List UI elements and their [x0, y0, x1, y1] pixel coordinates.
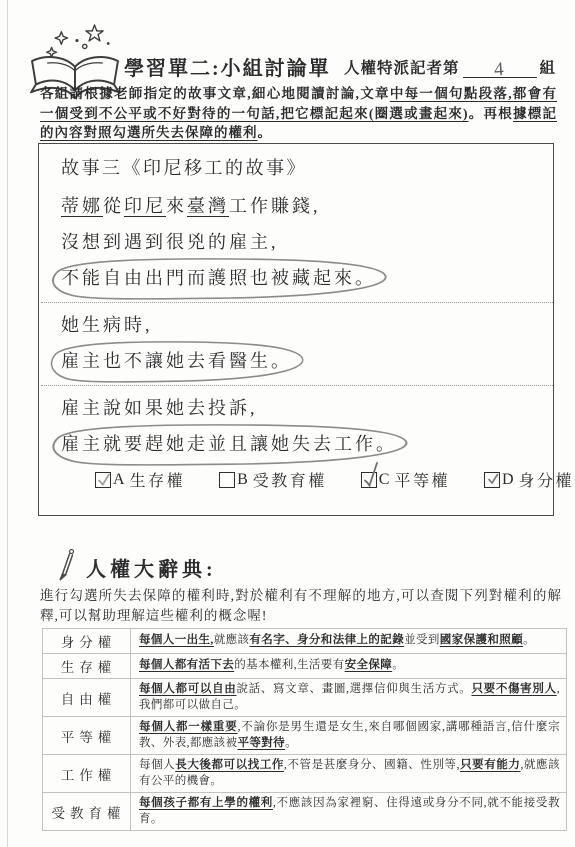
story-sentence: 雇主說如果她去投訴,	[61, 396, 537, 420]
definition-segment: 的基本權利,生活要有	[234, 659, 344, 671]
right-option-A[interactable]: A生存權	[95, 468, 185, 491]
definition-segment: 每個人一出生,	[139, 634, 214, 646]
checkbox-checked[interactable]	[95, 472, 111, 488]
definition-segment: 。	[392, 659, 404, 671]
text-segment: 雇主說如果她去投訴,	[61, 398, 258, 418]
story-box: 故事三《印尼移工的故事》蒂娜從印尼來臺灣工作賺錢,沒想到遇到很兇的雇主,不能自由…	[38, 143, 554, 516]
dictionary-row: 身分權每個人一出生,就應該有名字、身分和法律上的記錄並受到國家保護和照顧。	[43, 629, 567, 654]
definition-segment: 每個人	[139, 759, 175, 771]
sentence-text: 沒想到遇到很兇的雇主,	[61, 230, 279, 254]
story-sentence: 雇主也不讓她去看醫生。	[61, 349, 537, 373]
right-definition: 每個人長大後都可以找工作,不管是甚麼身分、國籍、性別等,只要有能力,就應該有公平…	[131, 755, 567, 793]
definition-segment: 並受到	[404, 634, 440, 646]
instruction-segment: 。再根	[469, 106, 513, 121]
story-title: 故事三《印尼移工的故事》	[61, 156, 537, 180]
pencil-check-icon	[96, 472, 112, 488]
story-sentence: 雇主就要趕她走並且讓她失去工作。	[61, 432, 537, 456]
text-segment: 故事三《印尼移工的故事》	[61, 158, 307, 178]
definition-segment: 平等對待	[237, 737, 285, 749]
definition-segment: 就應該	[214, 634, 250, 646]
dictionary-row: 平等權每個人都一樣重要,不論你是男生還是女生,來自哪個國家,講哪種語言,信什麼宗…	[43, 717, 567, 755]
text-segment: 工作賺錢,	[229, 196, 321, 216]
dictionary-row: 生存權每個人都有活下去的基本權利,生活要有安全保障。	[43, 654, 567, 679]
instruction-segment: 各組請根據老師指定的故事文章,細心地閱讀討論,文章	[40, 86, 390, 101]
group-field: 人權特派記者第4組	[344, 56, 556, 78]
proper-noun-underlined: 臺灣	[187, 196, 229, 216]
text-segment: 不能自由出門而護照也被藏起來。	[61, 268, 376, 288]
proper-noun-underlined: 印尼	[124, 196, 166, 216]
option-letter: C	[379, 471, 390, 489]
sentence-text: 她生病時,	[61, 313, 153, 337]
right-definition: 每個孩子都有上學的權利,不應該因為家裡窮、住得遠或身分不同,就不能接受教育。	[131, 793, 567, 831]
definition-segment: ,不管是甚麼身分、國籍、性別等,	[284, 759, 460, 771]
text-segment: 從	[103, 196, 124, 216]
group-number-handwritten: 4	[494, 59, 506, 82]
right-term: 工作權	[43, 755, 131, 793]
option-label: 身分權	[519, 468, 575, 491]
right-option-C[interactable]: C平等權	[361, 468, 450, 491]
dictionary-header: 人權大辭典:	[56, 548, 217, 582]
right-definition: 每個人都一樣重要,不論你是男生還是女生,來自哪個國家,講哪種語言,信什麼宗教、外…	[131, 717, 567, 755]
option-letter: A	[113, 471, 125, 489]
right-option-D[interactable]: D身分權	[484, 468, 574, 491]
group-label-suffix: 組	[540, 60, 557, 77]
option-label: 平等權	[394, 468, 450, 491]
text-segment: 雇主就要趕她走並且讓她失去工作。	[61, 434, 397, 454]
checkbox-checked[interactable]	[361, 472, 377, 488]
definition-segment: 每個人都可以自由	[139, 683, 236, 695]
right-term: 身分權	[43, 629, 131, 654]
text-segment: 雇主也不讓她去看醫生。	[61, 351, 292, 371]
instruction-segment: 。	[258, 125, 273, 140]
dictionary-table: 身分權每個人一出生,就應該有名字、身分和法律上的記錄並受到國家保護和照顧。生存權…	[42, 628, 567, 831]
definition-segment: 長大後都可以找工作	[175, 759, 284, 771]
scan-edge-artifact	[7, 0, 8, 847]
dictionary-row: 自由權每個人都可以自由說話、寫文章、畫圖,選擇信仰與生活方式。只要不傷害別人,我…	[43, 679, 567, 717]
rights-checkbox-row: A生存權B受教育權C平等權D身分權	[95, 468, 537, 491]
right-option-B[interactable]: B受教育權	[219, 468, 327, 491]
definition-segment: 每個孩子都有上學的權利	[139, 797, 273, 809]
definition-segment: 安全保障	[345, 659, 393, 671]
dictionary-row: 受教育權每個孩子都有上學的權利,不應該因為家裡窮、住得遠或身分不同,就不能接受教…	[43, 793, 567, 831]
definition-segment: 每個人都有活下去	[139, 659, 234, 671]
dictionary-row: 工作權每個人長大後都可以找工作,不管是甚麼身分、國籍、性別等,只要有能力,就應該…	[43, 755, 567, 793]
definition-segment: 只要不傷害別人	[471, 683, 556, 695]
definition-segment: 只要有能力	[460, 759, 521, 771]
group-label-prefix: 人權特派記者第	[344, 60, 460, 77]
sentence-text: 故事三《印尼移工的故事》	[61, 156, 307, 180]
dictionary-table-body: 身分權每個人一出生,就應該有名字、身分和法律上的記錄並受到國家保護和照顧。生存權…	[43, 629, 567, 831]
option-label: 受教育權	[253, 468, 327, 491]
sentence-text: 雇主說如果她去投訴,	[61, 396, 258, 420]
right-definition: 每個人都有活下去的基本權利,生活要有安全保障。	[131, 654, 567, 679]
definition-segment: 說話、寫文章、畫圖,選擇信仰與生活方式。	[236, 683, 471, 695]
group-number-blank[interactable]: 4	[463, 57, 537, 78]
checkbox-unchecked[interactable]	[219, 472, 235, 488]
dotted-separator	[41, 385, 553, 386]
option-letter: B	[237, 471, 248, 489]
story-sentence: 沒想到遇到很兇的雇主,	[61, 230, 537, 254]
sentence-text: 蒂娜從印尼來臺灣工作賺錢,	[61, 194, 321, 218]
pencil-check-icon	[362, 461, 380, 489]
text-segment: 她生病時,	[61, 315, 153, 335]
sentence-text: 雇主也不讓她去看醫生。	[61, 349, 292, 373]
right-term: 平等權	[43, 717, 131, 755]
right-term: 生存權	[43, 654, 131, 679]
right-definition: 每個人都可以自由說話、寫文章、畫圖,選擇信仰與生活方式。只要不傷害別人,我們都可…	[131, 679, 567, 717]
worksheet-page: { "header": { "icon": "open-book-with-st…	[0, 0, 575, 847]
proper-noun-underlined: 蒂娜	[61, 196, 103, 216]
definition-segment: 。	[285, 737, 297, 749]
definition-segment: 。	[523, 634, 535, 646]
option-label: 生存權	[130, 468, 186, 491]
dictionary-title: 人權大辭典:	[86, 553, 217, 582]
definition-segment: 國家保護和照顧	[440, 634, 523, 646]
right-term: 受教育權	[43, 793, 131, 831]
checkbox-checked[interactable]	[484, 472, 500, 488]
pencil-check-icon	[485, 471, 501, 487]
story-sentence: 蒂娜從印尼來臺灣工作賺錢,	[61, 194, 537, 218]
dictionary-intro: 進行勾選所失去保障的權利時,對於權利有不理解的地方,可以查閱下列對權利的解釋,可…	[40, 586, 562, 625]
right-term: 自由權	[43, 679, 131, 717]
story-sentence: 不能自由出門而護照也被藏起來。	[61, 266, 537, 290]
definition-segment: 每個人都一樣重要	[139, 721, 238, 733]
page-title: 學習單二:小組討論單	[124, 52, 331, 81]
instructions: 各組請根據老師指定的故事文章,細心地閱讀討論,文章中每一個句點段落,都會有一個受…	[40, 84, 557, 143]
right-definition: 每個人一出生,就應該有名字、身分和法律上的記錄並受到國家保護和照顧。	[131, 629, 567, 654]
sentence-text: 雇主就要趕她走並且讓她失去工作。	[61, 432, 397, 456]
pencil-icon	[56, 548, 76, 582]
story-sentence: 她生病時,	[61, 313, 537, 337]
definition-segment: 有名字、身分和法律上的記錄	[249, 634, 404, 646]
text-segment: 來	[166, 196, 187, 216]
dotted-separator	[41, 302, 553, 303]
option-letter: D	[502, 471, 514, 489]
text-segment: 沒想到遇到很兇的雇主,	[61, 232, 279, 252]
story-lines: 故事三《印尼移工的故事》蒂娜從印尼來臺灣工作賺錢,沒想到遇到很兇的雇主,不能自由…	[61, 156, 537, 456]
sentence-text: 不能自由出門而護照也被藏起來。	[61, 266, 376, 290]
